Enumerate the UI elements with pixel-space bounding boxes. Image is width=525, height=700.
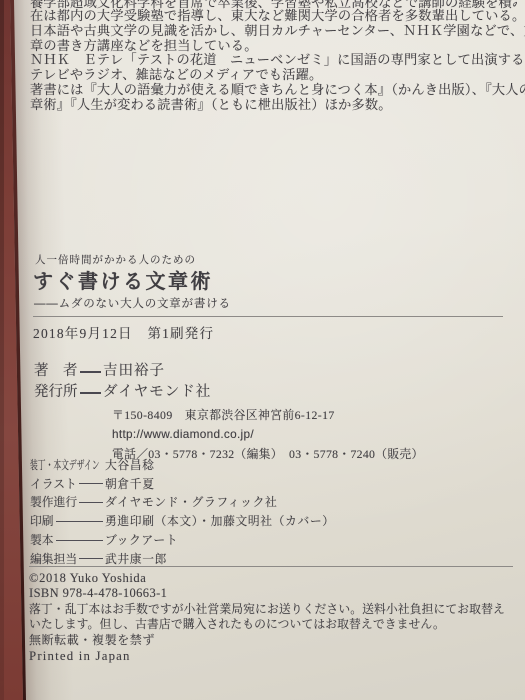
author-label: 著 者: [34, 361, 78, 382]
book-colophon-photo: 養学部超域文化科学科を首席で卒業後、学習塾や私立高校などで講師の経験を積み、現 …: [0, 0, 525, 700]
credit-label: 製作進行: [30, 493, 77, 510]
leader-line: [80, 392, 102, 393]
credit-label: イラスト: [30, 475, 77, 492]
book-title: すぐ書ける文章術: [33, 265, 213, 294]
leader-line: [56, 521, 103, 522]
leader-line: [79, 558, 103, 559]
leader-line: [79, 502, 103, 503]
divider-bottom: [29, 566, 513, 567]
printed-in-japan: Printed in Japan: [29, 648, 517, 664]
credits-row: イラスト 朝倉千夏: [30, 474, 511, 493]
publisher-block: 著 者 吉田裕子 発行所 ダイヤモンド社 〒150-8409 東京都渋谷区神宮前…: [34, 361, 511, 462]
leader-line: [79, 483, 103, 484]
author-bio: 養学部超域文化科学科を首席で卒業後、学習塾や私立高校などで講師の経験を積み、現 …: [30, 0, 517, 113]
copyright-line: ©2018 Yuko Yoshida: [29, 571, 517, 586]
credits-row: 製作進行 ダイヤモンド・グラフィック社: [30, 493, 511, 512]
isbn-line: ISBN 978-4-478-10663-1: [29, 586, 517, 602]
credits-row: 印刷 勇進印刷（本文）・加藤文明社（カバー）: [30, 511, 511, 530]
credit-label: 製本: [30, 531, 54, 548]
return-notice-line-1: 落丁・乱丁本はお手数ですが小社営業局宛にお送りください。送料小社負担にてお取替え: [29, 602, 517, 618]
bio-line: 日本語や古典文学の見識を活かし、朝日カルチャーセンター、ＮＨＫ学園などで、文: [30, 24, 517, 39]
publisher-address: 〒150-8409 東京都渋谷区神宮前6-12-17: [112, 406, 511, 423]
publisher-name: ダイヤモンド社: [103, 382, 511, 403]
bio-line: 在は都内の大学受験塾で指導し、東大など難関大学の合格者を多数輩出している。: [30, 9, 517, 24]
edition-line: 2018年9月12日 第1刷発行: [33, 322, 214, 342]
credit-label: 印刷: [30, 512, 54, 529]
legal-block: ©2018 Yuko Yoshida ISBN 978-4-478-10663-…: [29, 571, 517, 664]
publisher-label: 発行所: [34, 382, 78, 403]
author-row: 著 者 吉田裕子: [34, 361, 511, 382]
credit-value: ダイヤモンド・グラフィック社: [105, 493, 511, 510]
credits-row: 製本 ブックアート: [30, 530, 511, 549]
credit-label: 装丁・本文デザイン: [30, 456, 100, 473]
credits-row: 編集担当 武井康一郎: [30, 549, 511, 568]
divider-top: [33, 316, 503, 317]
credit-value: 朝倉千夏: [105, 475, 511, 492]
publisher-website: http://www.diamond.co.jp/: [112, 427, 511, 441]
credit-value: ブックアート: [105, 531, 511, 548]
rights-notice: 無断転載・複製を禁ず: [29, 633, 517, 649]
bio-line: ＮＨＫ Ｅテレ「テストの花道 ニューベンゼミ」に国語の専門家として出演するなど、: [30, 53, 517, 68]
credit-value: 大谷昌稔: [105, 456, 511, 473]
book-subtitle: ——ムダのない大人の文章が書ける: [34, 295, 231, 311]
credit-value: 武井康一郎: [105, 550, 511, 567]
credits-row: 装丁・本文デザイン 大谷昌稔: [30, 455, 511, 474]
publisher-row: 発行所 ダイヤモンド社: [34, 382, 511, 403]
bio-line: 養学部超域文化科学科を首席で卒業後、学習塾や私立高校などで講師の経験を積み、現: [30, 0, 517, 9]
bio-line: 章術』『人生が変わる読書術』（ともに枻出版社）ほか多数。: [30, 98, 517, 113]
author-name: 吉田裕子: [103, 361, 511, 382]
return-notice-line-2: いたします。但し、古書店で購入されたものについてはお取替えできません。: [29, 617, 517, 633]
leader-line: [56, 540, 103, 541]
bio-line: テレビやラジオ、雑誌などのメディアでも活躍。: [30, 68, 517, 83]
credit-value: 勇進印刷（本文）・加藤文明社（カバー）: [105, 512, 511, 529]
credits-block: 装丁・本文デザイン 大谷昌稔 イラスト 朝倉千夏 製作進行 ダイヤモンド・グラフ…: [30, 455, 511, 568]
leader-line: [80, 371, 102, 372]
credit-label: 編集担当: [30, 550, 77, 567]
bio-line: 著書には『大人の語彙力が使える順できちんと身につく本』（かんき出版）、『大人の文: [30, 83, 517, 98]
